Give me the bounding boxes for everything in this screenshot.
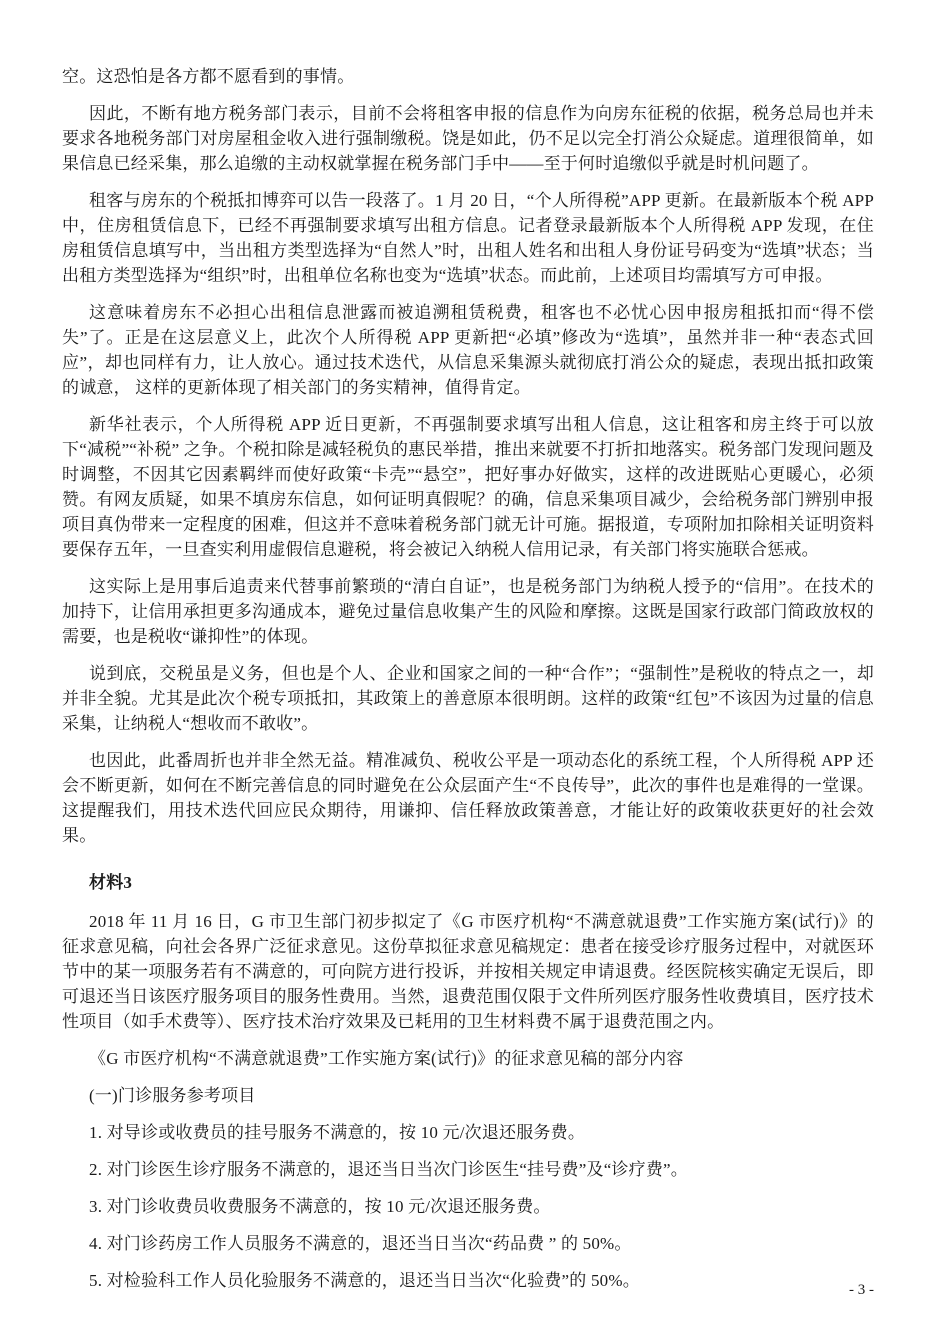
paragraph: 也因此，此番周折也并非全然无益。精准减负、税收公平是一项动态化的系统工程，个人所… bbox=[62, 748, 874, 848]
paragraph: 说到底，交税虽是义务，但也是个人、企业和国家之间的一种“合作”；“强制性”是税收… bbox=[62, 661, 874, 736]
paragraph: 《G 市医疗机构“不满意就退费”工作实施方案(试行)》的征求意见稿的部分内容 bbox=[62, 1046, 874, 1071]
paragraph: 2018 年 11 月 16 日，G 市卫生部门初步拟定了《G 市医疗机构“不满… bbox=[62, 909, 874, 1034]
page-number: - 3 - bbox=[849, 1281, 874, 1299]
paragraph: 空。这恐怕是各方都不愿看到的事情。 bbox=[62, 64, 874, 89]
paragraph: 2. 对门诊医生诊疗服务不满意的，退还当日当次门诊医生“挂号费”及“诊疗费”。 bbox=[62, 1157, 874, 1182]
paragraph: 这意味着房东不必担心出租信息泄露而被追溯租赁税费，租客也不必忧心因申报房租抵扣而… bbox=[62, 300, 874, 400]
paragraph: (一)门诊服务参考项目 bbox=[62, 1083, 874, 1108]
document-content: 空。这恐怕是各方都不愿看到的事情。 因此，不断有地方税务部门表示，目前不会将租客… bbox=[62, 64, 874, 1305]
paragraph: 租客与房东的个税抵扣博弈可以告一段落了。1 月 20 日，“个人所得税”APP … bbox=[62, 188, 874, 288]
paragraph: 新华社表示，个人所得税 APP 近日更新，不再强制要求填写出租人信息，这让租客和… bbox=[62, 412, 874, 562]
paragraph: 5. 对检验科工作人员化验服务不满意的，退还当日当次“化验费”的 50%。 bbox=[62, 1268, 874, 1293]
paragraph: 4. 对门诊药房工作人员服务不满意的，退还当日当次“药品费 ” 的 50%。 bbox=[62, 1231, 874, 1256]
paragraph: 3. 对门诊收费员收费服务不满意的，按 10 元/次退还服务费。 bbox=[62, 1194, 874, 1219]
paragraph: 这实际上是用事后追责来代替事前繁琐的“清白自证”，也是税务部门为纳税人授予的“信… bbox=[62, 574, 874, 649]
paragraph: 1. 对导诊或收费员的挂号服务不满意的，按 10 元/次退还服务费。 bbox=[62, 1120, 874, 1145]
section-heading: 材料3 bbox=[62, 870, 874, 895]
paragraph: 因此，不断有地方税务部门表示，目前不会将租客申报的信息作为向房东征税的依据，税务… bbox=[62, 101, 874, 176]
document-page: 空。这恐怕是各方都不愿看到的事情。 因此，不断有地方税务部门表示，目前不会将租客… bbox=[0, 0, 950, 1344]
